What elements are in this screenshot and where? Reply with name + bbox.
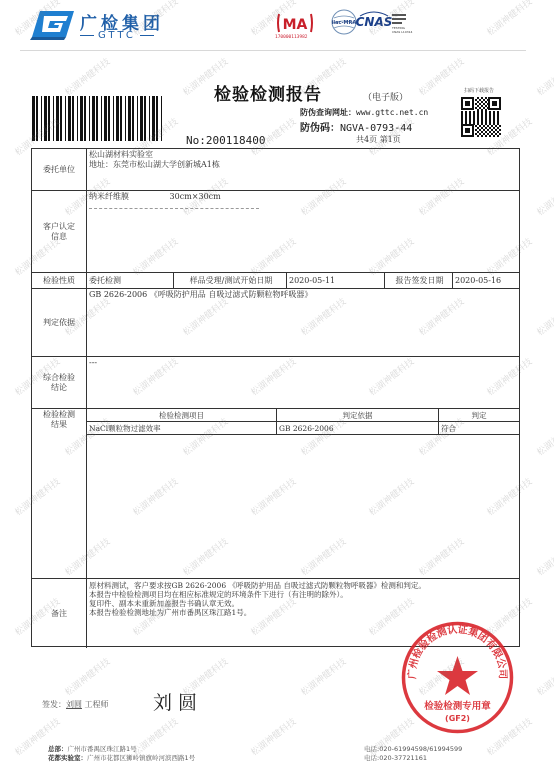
signer-title: 工程师	[85, 700, 109, 709]
signer-name: 刘圆	[66, 700, 82, 709]
remark-line: 原材料测试，客户要求按GB 2626-2006 《呼吸防护用品 自吸过滤式防颗粒…	[89, 581, 517, 590]
client-address: 地址：东莞市松山湖大学创新城A1栋	[89, 160, 517, 170]
svg-text:(GF2): (GF2)	[445, 714, 470, 723]
svg-text:ilac-MRA: ilac-MRA	[332, 20, 357, 26]
judgment-basis-value: GB 2626-2006 《呼吸防护用品 自吸过滤式防颗粒物呼吸器》	[89, 290, 517, 300]
customer-info-label: 客户认定信息	[32, 191, 87, 272]
svg-text:检验检测专用章: 检验检测专用章	[424, 700, 491, 712]
verify-url-link[interactable]: www.gttc.net.cn	[356, 108, 428, 117]
cma-cert-number: 170000113982	[275, 35, 308, 40]
conclusion-value: ---	[89, 358, 517, 368]
signature-line: 签发：刘圆 工程师	[42, 699, 109, 710]
table-row: NaCl颗粒物过滤效率 GB 2626-2006 符合	[87, 422, 519, 435]
watermark-text: 松湖神健科技	[484, 0, 535, 38]
result-basis: GB 2626-2006	[277, 422, 439, 434]
result-item: NaCl颗粒物过滤效率	[87, 422, 277, 434]
lab-phone: 电话:020-37721161	[364, 754, 462, 763]
row-test-nature: 检验性质 委托检测 样品受理/测试开始日期 2020-05-11 报告签发日期 …	[32, 273, 519, 289]
issue-date-label: 报告签发日期	[385, 273, 453, 288]
official-stamp-icon: 广州检验检测认证集团有限公司 检验检测专用章 (GF2)	[400, 620, 515, 735]
page-info: 共4页 第1页	[356, 134, 401, 145]
svg-text:CNAS L10314: CNAS L10314	[392, 30, 413, 34]
verify-code: 防伪码：NGVA-0793-44	[300, 119, 412, 134]
result-verdict: 符合	[439, 422, 519, 434]
results-label-text: 检验检测结果	[41, 410, 77, 430]
report-no-value: 200118400	[206, 134, 266, 147]
svg-text:CNAS: CNAS	[356, 15, 393, 29]
qr-label: 扫码下载报告	[464, 87, 494, 94]
brand-name-en: GTTC	[80, 30, 154, 41]
report-subtitle: （电子版）	[363, 90, 408, 103]
results-label: 检验检测结果	[32, 409, 87, 578]
remarks-label: 备注	[32, 579, 87, 648]
test-nature-label: 检验性质	[32, 273, 87, 288]
watermark-text: 松湖神健科技	[248, 715, 299, 758]
results-header: 检验检测项目 判定依据 判定	[87, 409, 519, 422]
watermark-text: 松湖神健科技	[62, 655, 113, 698]
client-name: 松山湖材料实验室	[89, 150, 517, 160]
watermark-text: 松湖神健科技	[534, 655, 554, 698]
lab-address: 广州市花都区狮岭镇旗岭河滨西路1号	[87, 754, 195, 762]
footer-addresses: 总部：广州市番禺区珠江路1号 花都实验室：广州市花都区狮岭镇旗岭河滨西路1号	[48, 745, 195, 763]
verify-code-label: 防伪码：	[300, 123, 340, 134]
footer-phones: 电话:020-61994598/61994599 电话:020-37721161	[364, 745, 462, 763]
verify-code-value: NGVA-0793-44	[340, 123, 412, 134]
judgment-basis-label: 判定依据	[32, 289, 87, 356]
report-title: 检验检测报告	[214, 80, 322, 105]
sample-size: 30cm×30cm	[170, 192, 221, 201]
signature-label: 签发：	[42, 700, 66, 709]
lab-label: 花都实验室：	[48, 754, 87, 762]
results-header-item: 检验检测项目	[87, 409, 277, 421]
handwritten-signature: 刘圆	[153, 688, 203, 715]
report-table: 委托单位 松山湖材料实验室 地址：东莞市松山湖大学创新城A1栋 客户认定信息 纳…	[31, 148, 520, 647]
row-client: 委托单位 松山湖材料实验室 地址：东莞市松山湖大学创新城A1栋	[32, 149, 519, 191]
conclusion-label: 综合检验结论	[32, 357, 87, 408]
remark-line: 本报告检验检测地址为广州市番禺区珠江路1号。	[89, 608, 517, 617]
watermark-text: 松湖神健科技	[416, 55, 467, 98]
customer-info-value: 纳米纤维膜 30cm×30cm	[89, 192, 517, 209]
barcode-icon	[32, 96, 164, 141]
row-customer-info: 客户认定信息 纳米纤维膜 30cm×30cm	[32, 191, 519, 273]
conclusion-label-text: 综合检验结论	[41, 373, 77, 393]
results-grid: 检验检测项目 判定依据 判定 NaCl颗粒物过滤效率 GB 2626-2006 …	[87, 409, 519, 435]
watermark-text: 松湖神健科技	[62, 55, 113, 98]
ilac-cnas-mark-icon: ilac-MRA CNAS TESTING CNAS L10314	[330, 8, 440, 36]
customer-info-label-text: 客户认定信息	[41, 222, 77, 242]
remark-line: 本报告中检验检测项目均在相应标准规定的环境条件下进行（有注明的除外）。	[89, 590, 517, 599]
row-judgment-basis: 判定依据 GB 2626-2006 《呼吸防护用品 自吸过滤式防颗粒物呼吸器》	[32, 289, 519, 357]
watermark-text: 松湖神健科技	[534, 535, 554, 578]
row-conclusion: 综合检验结论 ---	[32, 357, 519, 409]
issue-date-value: 2020-05-16	[453, 273, 519, 288]
gttc-logo-icon	[30, 9, 74, 41]
watermark-text: 松湖神健科技	[298, 655, 349, 698]
client-value: 松山湖材料实验室 地址：东莞市松山湖大学创新城A1栋	[89, 150, 517, 170]
hq-phone: 电话:020-61994598/61994599	[364, 745, 462, 754]
verify-url: 防伪查询网址：www.gttc.net.cn	[300, 107, 428, 118]
sample-name: 纳米纤维膜	[89, 192, 129, 201]
watermark-text: 松湖神健科技	[534, 415, 554, 458]
test-nature-value: 委托检测	[87, 273, 174, 288]
verify-url-label: 防伪查询网址：	[300, 107, 356, 117]
svg-text:MA: MA	[283, 17, 308, 33]
hq-address: 广州市番禺区珠江路1号	[68, 745, 137, 753]
report-number: No:200118400	[186, 134, 265, 147]
watermark-text: 松湖神健科技	[534, 295, 554, 338]
watermark-text: 松湖神健科技	[534, 175, 554, 218]
hq-label: 总部：	[48, 745, 68, 753]
dash-divider	[89, 208, 259, 209]
results-header-verdict: 判定	[439, 409, 519, 421]
client-label: 委托单位	[32, 149, 87, 190]
brand-en-text: GTTC	[98, 30, 136, 41]
results-header-basis: 判定依据	[277, 409, 439, 421]
remarks-value: 原材料测试，客户要求按GB 2626-2006 《呼吸防护用品 自吸过滤式防颗粒…	[89, 581, 517, 617]
start-date-label: 样品受理/测试开始日期	[174, 273, 287, 288]
header-divider	[20, 50, 526, 51]
row-results: 检验检测结果 检验检测项目 判定依据 判定 NaCl颗粒物过滤效率 GB 262…	[32, 409, 519, 579]
qr-code-icon[interactable]	[461, 97, 501, 137]
start-date-value: 2020-05-11	[287, 273, 385, 288]
remark-line: 复印件、副本未重新加盖报告书确认章无效。	[89, 599, 517, 608]
report-no-label: No:	[186, 134, 206, 147]
watermark-text: 松湖神健科技	[534, 55, 554, 98]
